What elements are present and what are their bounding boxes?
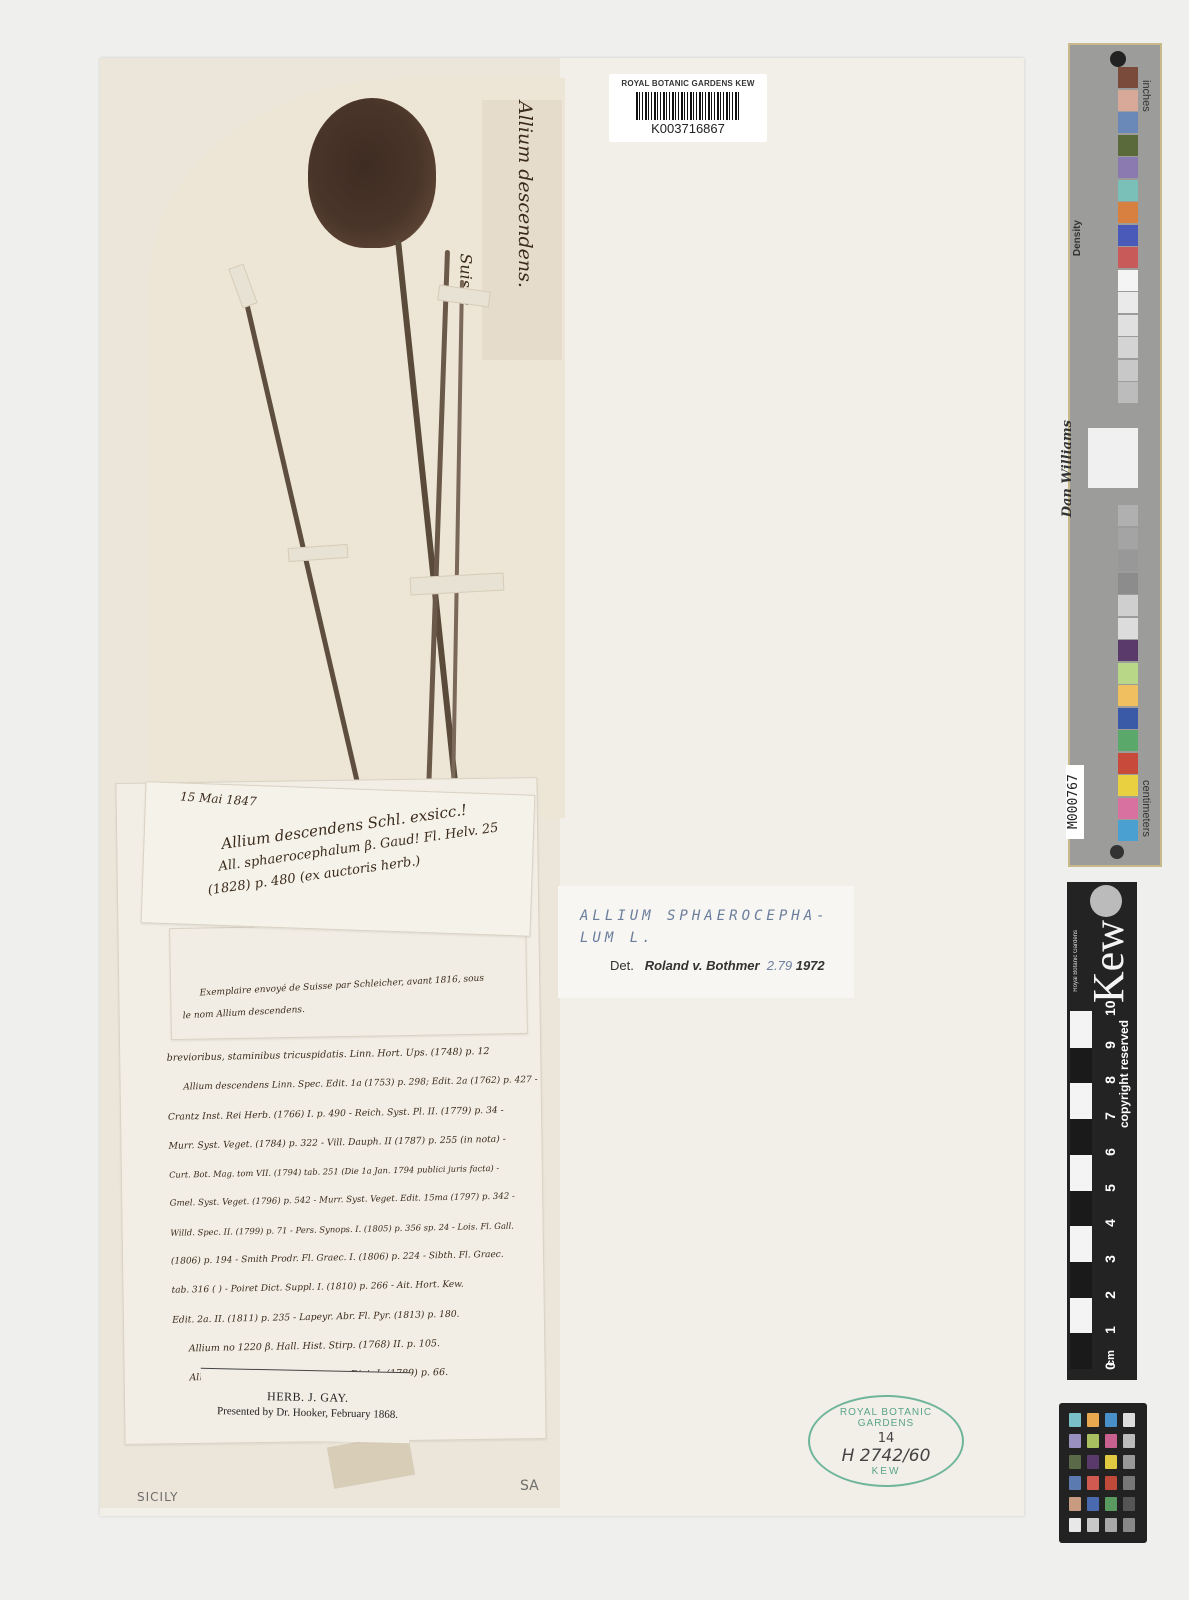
scale-number: 6 [1102, 1145, 1118, 1159]
colour-patch [1118, 90, 1138, 111]
herb-gay-label: HERB. J. GAY. Presented by Dr. Hooker, F… [204, 1388, 410, 1442]
checker-chip [1105, 1497, 1117, 1511]
kew-crest-icon [1090, 885, 1122, 917]
colour-patch [1118, 550, 1138, 571]
ruler-hole-icon [1110, 845, 1124, 859]
colour-patch [1118, 135, 1138, 156]
ruler-brand: Dan Williams [1060, 420, 1075, 517]
copyright-label: copyright reserved [1117, 1020, 1131, 1128]
scale-segment [1070, 1118, 1092, 1155]
checker-chip [1069, 1476, 1081, 1490]
det-prefix: Det. [610, 958, 634, 973]
colour-patch [1118, 360, 1138, 381]
kew-accession-stamp: ROYAL BOTANIC GARDENS 14 H 2742/60 KEW [808, 1395, 964, 1487]
colour-checker [1059, 1403, 1147, 1543]
barcode-icon [636, 92, 740, 120]
tape-strip [410, 573, 505, 596]
colour-patch [1118, 202, 1138, 223]
scale-number: 3 [1102, 1252, 1118, 1266]
herb-gay-title: HERB. J. GAY. [205, 1388, 410, 1407]
checker-chip [1123, 1455, 1135, 1469]
scale-segment [1070, 1011, 1092, 1048]
colour-patch [1118, 528, 1138, 549]
colour-patch [1118, 247, 1138, 268]
flower-head [308, 98, 436, 248]
checker-chip [1123, 1434, 1135, 1448]
kew-logo: Kew [1083, 920, 1134, 1003]
leaf-right [451, 280, 464, 800]
checker-chip [1069, 1497, 1081, 1511]
checker-chip [1105, 1413, 1117, 1427]
checker-chip [1087, 1413, 1099, 1427]
colour-patch [1118, 730, 1138, 751]
determination-taxon: ALLIUM SPHAEROCEPHA- LUM L. [580, 905, 850, 949]
det-date: 2.79 [767, 958, 792, 973]
ruler-code: M000767 [1066, 765, 1084, 839]
checker-chip [1105, 1518, 1117, 1532]
scale-segment [1070, 1190, 1092, 1227]
scale-number: 4 [1102, 1216, 1118, 1230]
locality-annotation: SICILY [137, 1490, 179, 1504]
scale-number: 2 [1102, 1288, 1118, 1302]
checker-chip [1087, 1476, 1099, 1490]
stamp-accession: H 2742/60 [810, 1446, 962, 1466]
scale-segment [1070, 1225, 1092, 1262]
scale-segment [1070, 1154, 1092, 1191]
stamp-institution: ROYAL BOTANIC GARDENS [810, 1407, 962, 1429]
checker-chip [1105, 1476, 1117, 1490]
colour-patch [1118, 112, 1138, 133]
scale-number: 7 [1102, 1109, 1118, 1123]
checker-chip [1087, 1434, 1099, 1448]
tape-strip [228, 264, 257, 309]
colour-patch [1118, 505, 1138, 526]
ruler-hole-icon [1110, 51, 1126, 67]
colour-patch [1118, 708, 1138, 729]
colour-patch [1118, 640, 1138, 661]
institution-name: ROYAL BOTANIC GARDENS KEW [609, 79, 767, 88]
checker-chip [1069, 1434, 1081, 1448]
kew-logo-subtitle: Royal Botanic Gardens [1073, 930, 1079, 992]
scale-number: 9 [1102, 1038, 1118, 1052]
scale-number: 10 [1102, 1002, 1118, 1016]
colour-patch [1118, 618, 1138, 639]
determiner-name: Roland v. Bothmer [645, 958, 760, 973]
checker-chip [1123, 1518, 1135, 1532]
colour-patch [1118, 157, 1138, 178]
colour-patch [1118, 798, 1138, 819]
initials-annotation: SA [520, 1478, 539, 1494]
scale-segment [1070, 1082, 1092, 1119]
colour-patch [1118, 270, 1138, 291]
tape-strip [288, 544, 349, 562]
stamp-kew: KEW [810, 1466, 962, 1477]
inches-label: inches [1140, 80, 1152, 112]
colour-patch [1118, 225, 1138, 246]
barcode-label: ROYAL BOTANIC GARDENS KEW K003716867 [609, 74, 767, 142]
colour-ruler [1068, 43, 1162, 867]
colour-patch [1118, 315, 1138, 336]
leaf-left [240, 284, 362, 792]
scale-number: 8 [1102, 1073, 1118, 1087]
herb-gay-subtitle: Presented by Dr. Hooker, February 1868. [205, 1405, 410, 1421]
colour-patch [1118, 753, 1138, 774]
stem-main [395, 240, 460, 798]
checker-chip [1105, 1434, 1117, 1448]
checker-chip [1087, 1455, 1099, 1469]
colour-patch [1118, 382, 1138, 403]
colour-patch [1118, 685, 1138, 706]
scale-segment [1070, 1297, 1092, 1334]
checker-chip [1123, 1476, 1135, 1490]
colour-patch [1118, 180, 1138, 201]
checker-chip [1123, 1497, 1135, 1511]
checker-chip [1123, 1413, 1135, 1427]
colour-patch [1118, 595, 1138, 616]
checker-chip [1087, 1518, 1099, 1532]
colour-patch [1118, 573, 1138, 594]
stamp-number: 14 [810, 1431, 962, 1446]
scale-segment [1070, 1047, 1092, 1084]
density-label: Density [1072, 220, 1083, 256]
checker-chip [1069, 1413, 1081, 1427]
checker-chip [1069, 1455, 1081, 1469]
checker-chip [1069, 1518, 1081, 1532]
cm-unit-label: cm [1105, 1350, 1117, 1366]
checker-chip [1087, 1497, 1099, 1511]
colour-patch [1118, 292, 1138, 313]
centimeters-label: centimeters [1140, 780, 1152, 837]
scale-number: 5 [1102, 1181, 1118, 1195]
checker-chip [1105, 1455, 1117, 1469]
colour-patch [1118, 67, 1138, 88]
scale-segment [1070, 1261, 1092, 1298]
determination-line: Det. Roland v. Bothmer 2.79 1972 [610, 958, 825, 973]
barcode-id: K003716867 [609, 121, 767, 136]
colour-patch [1118, 820, 1138, 841]
colour-patch [1118, 663, 1138, 684]
colour-patch [1118, 775, 1138, 796]
scale-number: 1 [1102, 1323, 1118, 1337]
colour-patch [1118, 337, 1138, 358]
scale-segment [1070, 1332, 1092, 1369]
ruler-scale-window [1088, 428, 1138, 488]
det-year: 1972 [796, 958, 825, 973]
literature-text: brevioribus, staminibus tricuspidatis. L… [166, 1036, 533, 1392]
